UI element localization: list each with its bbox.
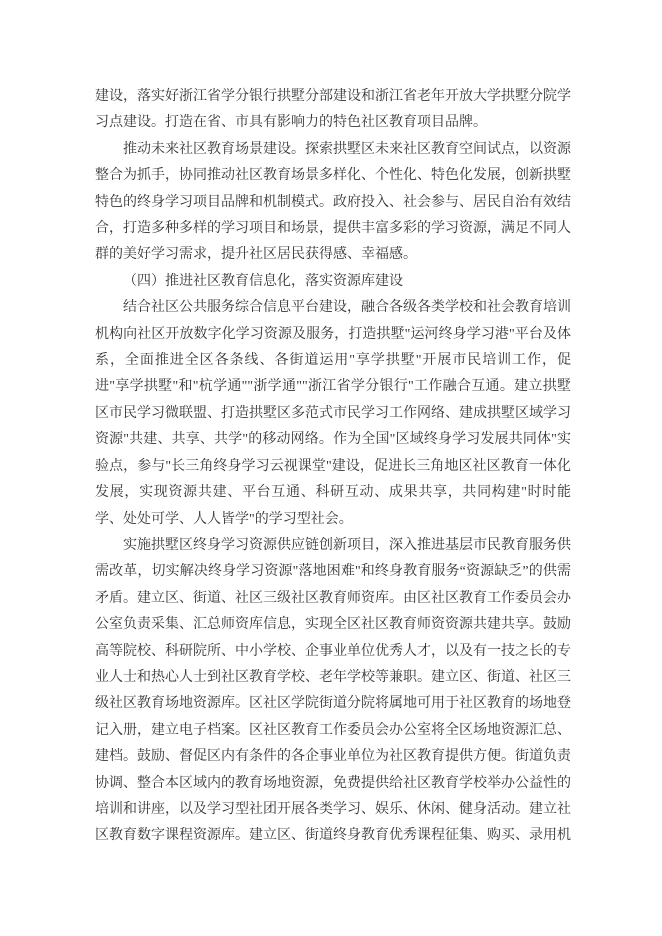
section-heading-informatization: （四）推进社区教育信息化，落实资源库建设 — [95, 269, 571, 295]
paragraph-future-community-scene: 推动未来社区教育场景建设。探索拱墅区未来社区教育空间试点，以资源整合为抓手，协同… — [95, 137, 571, 269]
document-page: 建设，落实好浙江省学分银行拱墅分部建设和浙江省老年开放大学拱墅分院学习点建设。打… — [0, 0, 662, 936]
paragraph-continuation: 建设，落实好浙江省学分银行拱墅分部建设和浙江省老年开放大学拱墅分院学习点建设。打… — [95, 84, 571, 137]
paragraph-resource-supply-chain: 实施拱墅区终身学习资源供应链创新项目，深入推进基层市民教育服务供需改革，切实解决… — [95, 533, 571, 850]
paragraph-informatization-platform: 结合社区公共服务综合信息平台建设，融合各级各类学校和社会教育培训机构向社区开放数… — [95, 295, 571, 533]
